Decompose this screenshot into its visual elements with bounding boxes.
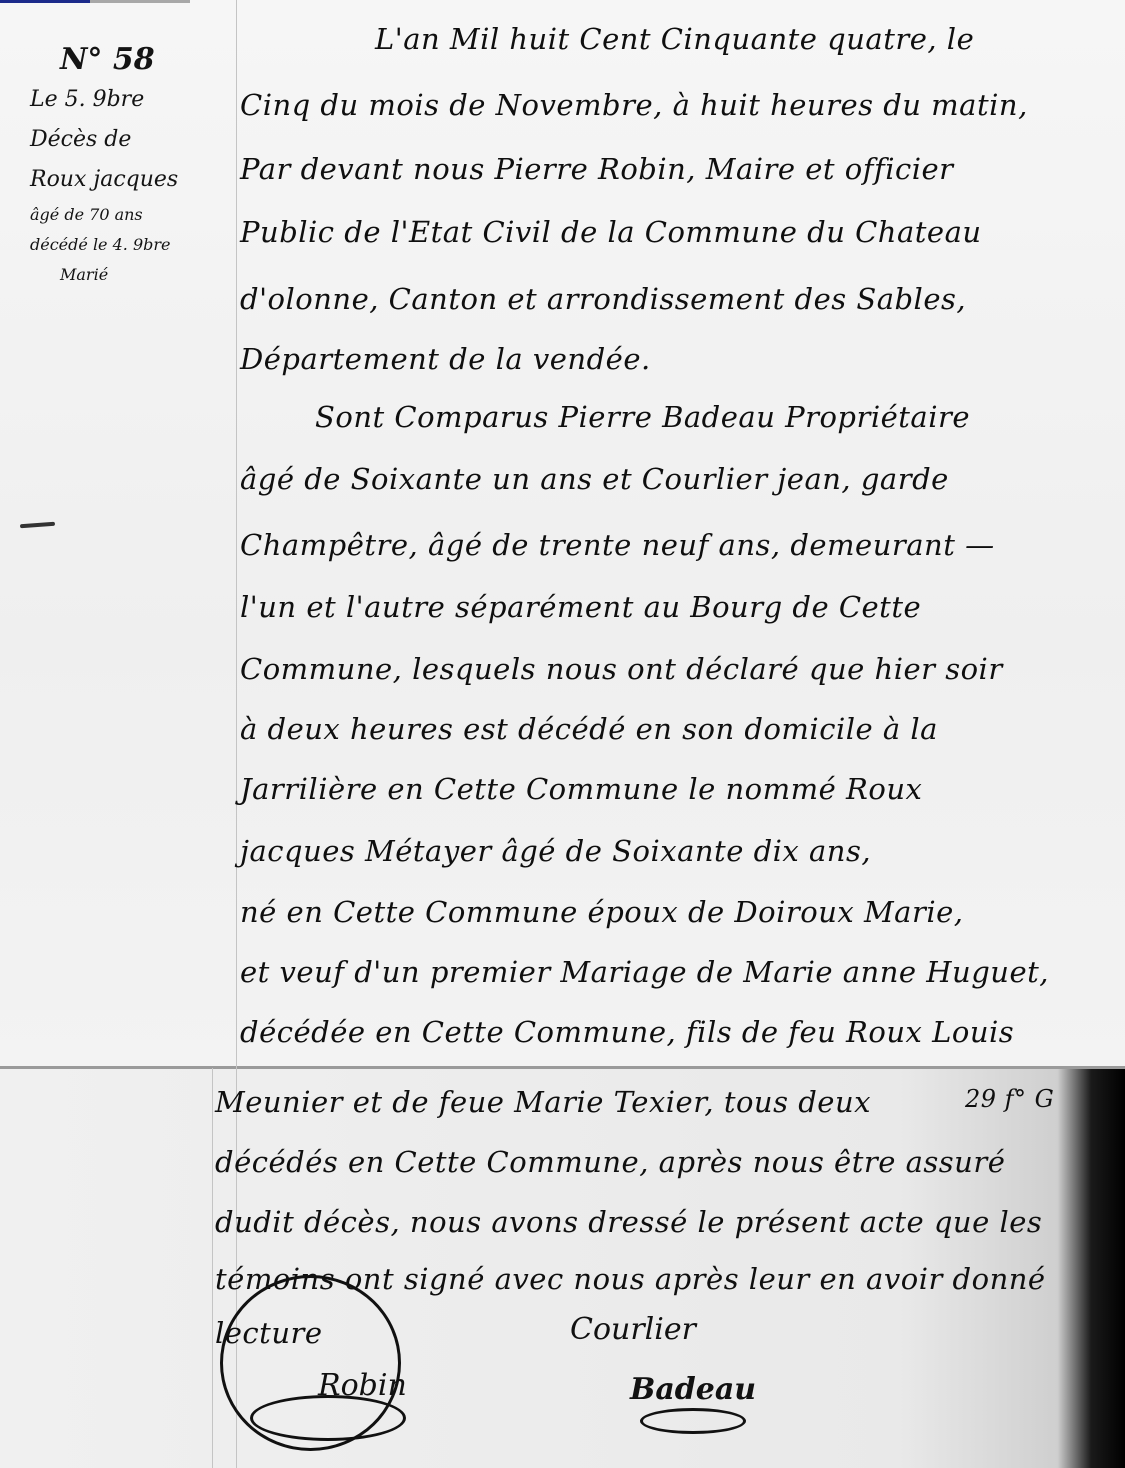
record-date: Le 5. 9bre bbox=[30, 80, 230, 120]
record-number: N° 58 bbox=[60, 40, 230, 80]
margin-rule bbox=[212, 1068, 213, 1468]
scan-edge-mark bbox=[0, 0, 90, 3]
body-line: décédée en Cette Commune, fils de feu Ro… bbox=[240, 1015, 1014, 1049]
margin-notes: N° 58 Le 5. 9bre Décès de Roux jacques â… bbox=[30, 40, 230, 290]
body-line: dudit décès, nous avons dressé le présen… bbox=[215, 1205, 1042, 1239]
body-line: l'un et l'autre séparément au Bourg de C… bbox=[240, 590, 921, 624]
signature-flourish bbox=[250, 1395, 406, 1441]
record-title: Décès de bbox=[30, 120, 230, 160]
body-line: Jarrilière en Cette Commune le nommé Rou… bbox=[240, 772, 922, 806]
page-seam bbox=[0, 1066, 1125, 1069]
marginal-annotation: 29 f° G bbox=[965, 1085, 1054, 1113]
body-line: Département de la vendée. bbox=[240, 342, 651, 376]
body-line: Champêtre, âgé de trente neuf ans, demeu… bbox=[240, 528, 995, 562]
body-line: Sont Comparus Pierre Badeau Propriétaire bbox=[315, 400, 970, 434]
deceased-name: Roux jacques bbox=[30, 160, 230, 200]
body-line: jacques Métayer âgé de Soixante dix ans, bbox=[240, 834, 871, 868]
body-line: Public de l'Etat Civil de la Commune du … bbox=[240, 215, 982, 249]
scan-edge-mark bbox=[90, 0, 190, 3]
body-line: né en Cette Commune époux de Doiroux Mar… bbox=[240, 895, 963, 929]
body-line: décédés en Cette Commune, après nous êtr… bbox=[215, 1145, 1005, 1179]
body-line: d'olonne, Canton et arrondissement des S… bbox=[240, 282, 966, 316]
body-line: âgé de Soixante un ans et Courlier jean,… bbox=[240, 462, 949, 496]
margin-rule bbox=[236, 0, 237, 1468]
signature-witness-1: Courlier bbox=[570, 1312, 696, 1347]
signature-witness-2: Badeau bbox=[630, 1372, 756, 1407]
signature-flourish bbox=[640, 1408, 746, 1434]
body-line: à deux heures est décédé en son domicile… bbox=[240, 712, 938, 746]
deceased-age: âgé de 70 ans bbox=[30, 200, 230, 230]
body-line: Meunier et de feue Marie Texier, tous de… bbox=[215, 1085, 871, 1119]
marital-status: Marié bbox=[60, 260, 230, 290]
body-line: Cinq du mois de Novembre, à huit heures … bbox=[240, 88, 1028, 122]
body-line: Par devant nous Pierre Robin, Maire et o… bbox=[240, 152, 954, 186]
body-line: et veuf d'un premier Mariage de Marie an… bbox=[240, 955, 1049, 989]
body-line: L'an Mil huit Cent Cinquante quatre, le bbox=[375, 22, 974, 56]
death-date: décédé le 4. 9bre bbox=[30, 230, 230, 260]
body-line: Commune, lesquels nous ont déclaré que h… bbox=[240, 652, 1003, 686]
